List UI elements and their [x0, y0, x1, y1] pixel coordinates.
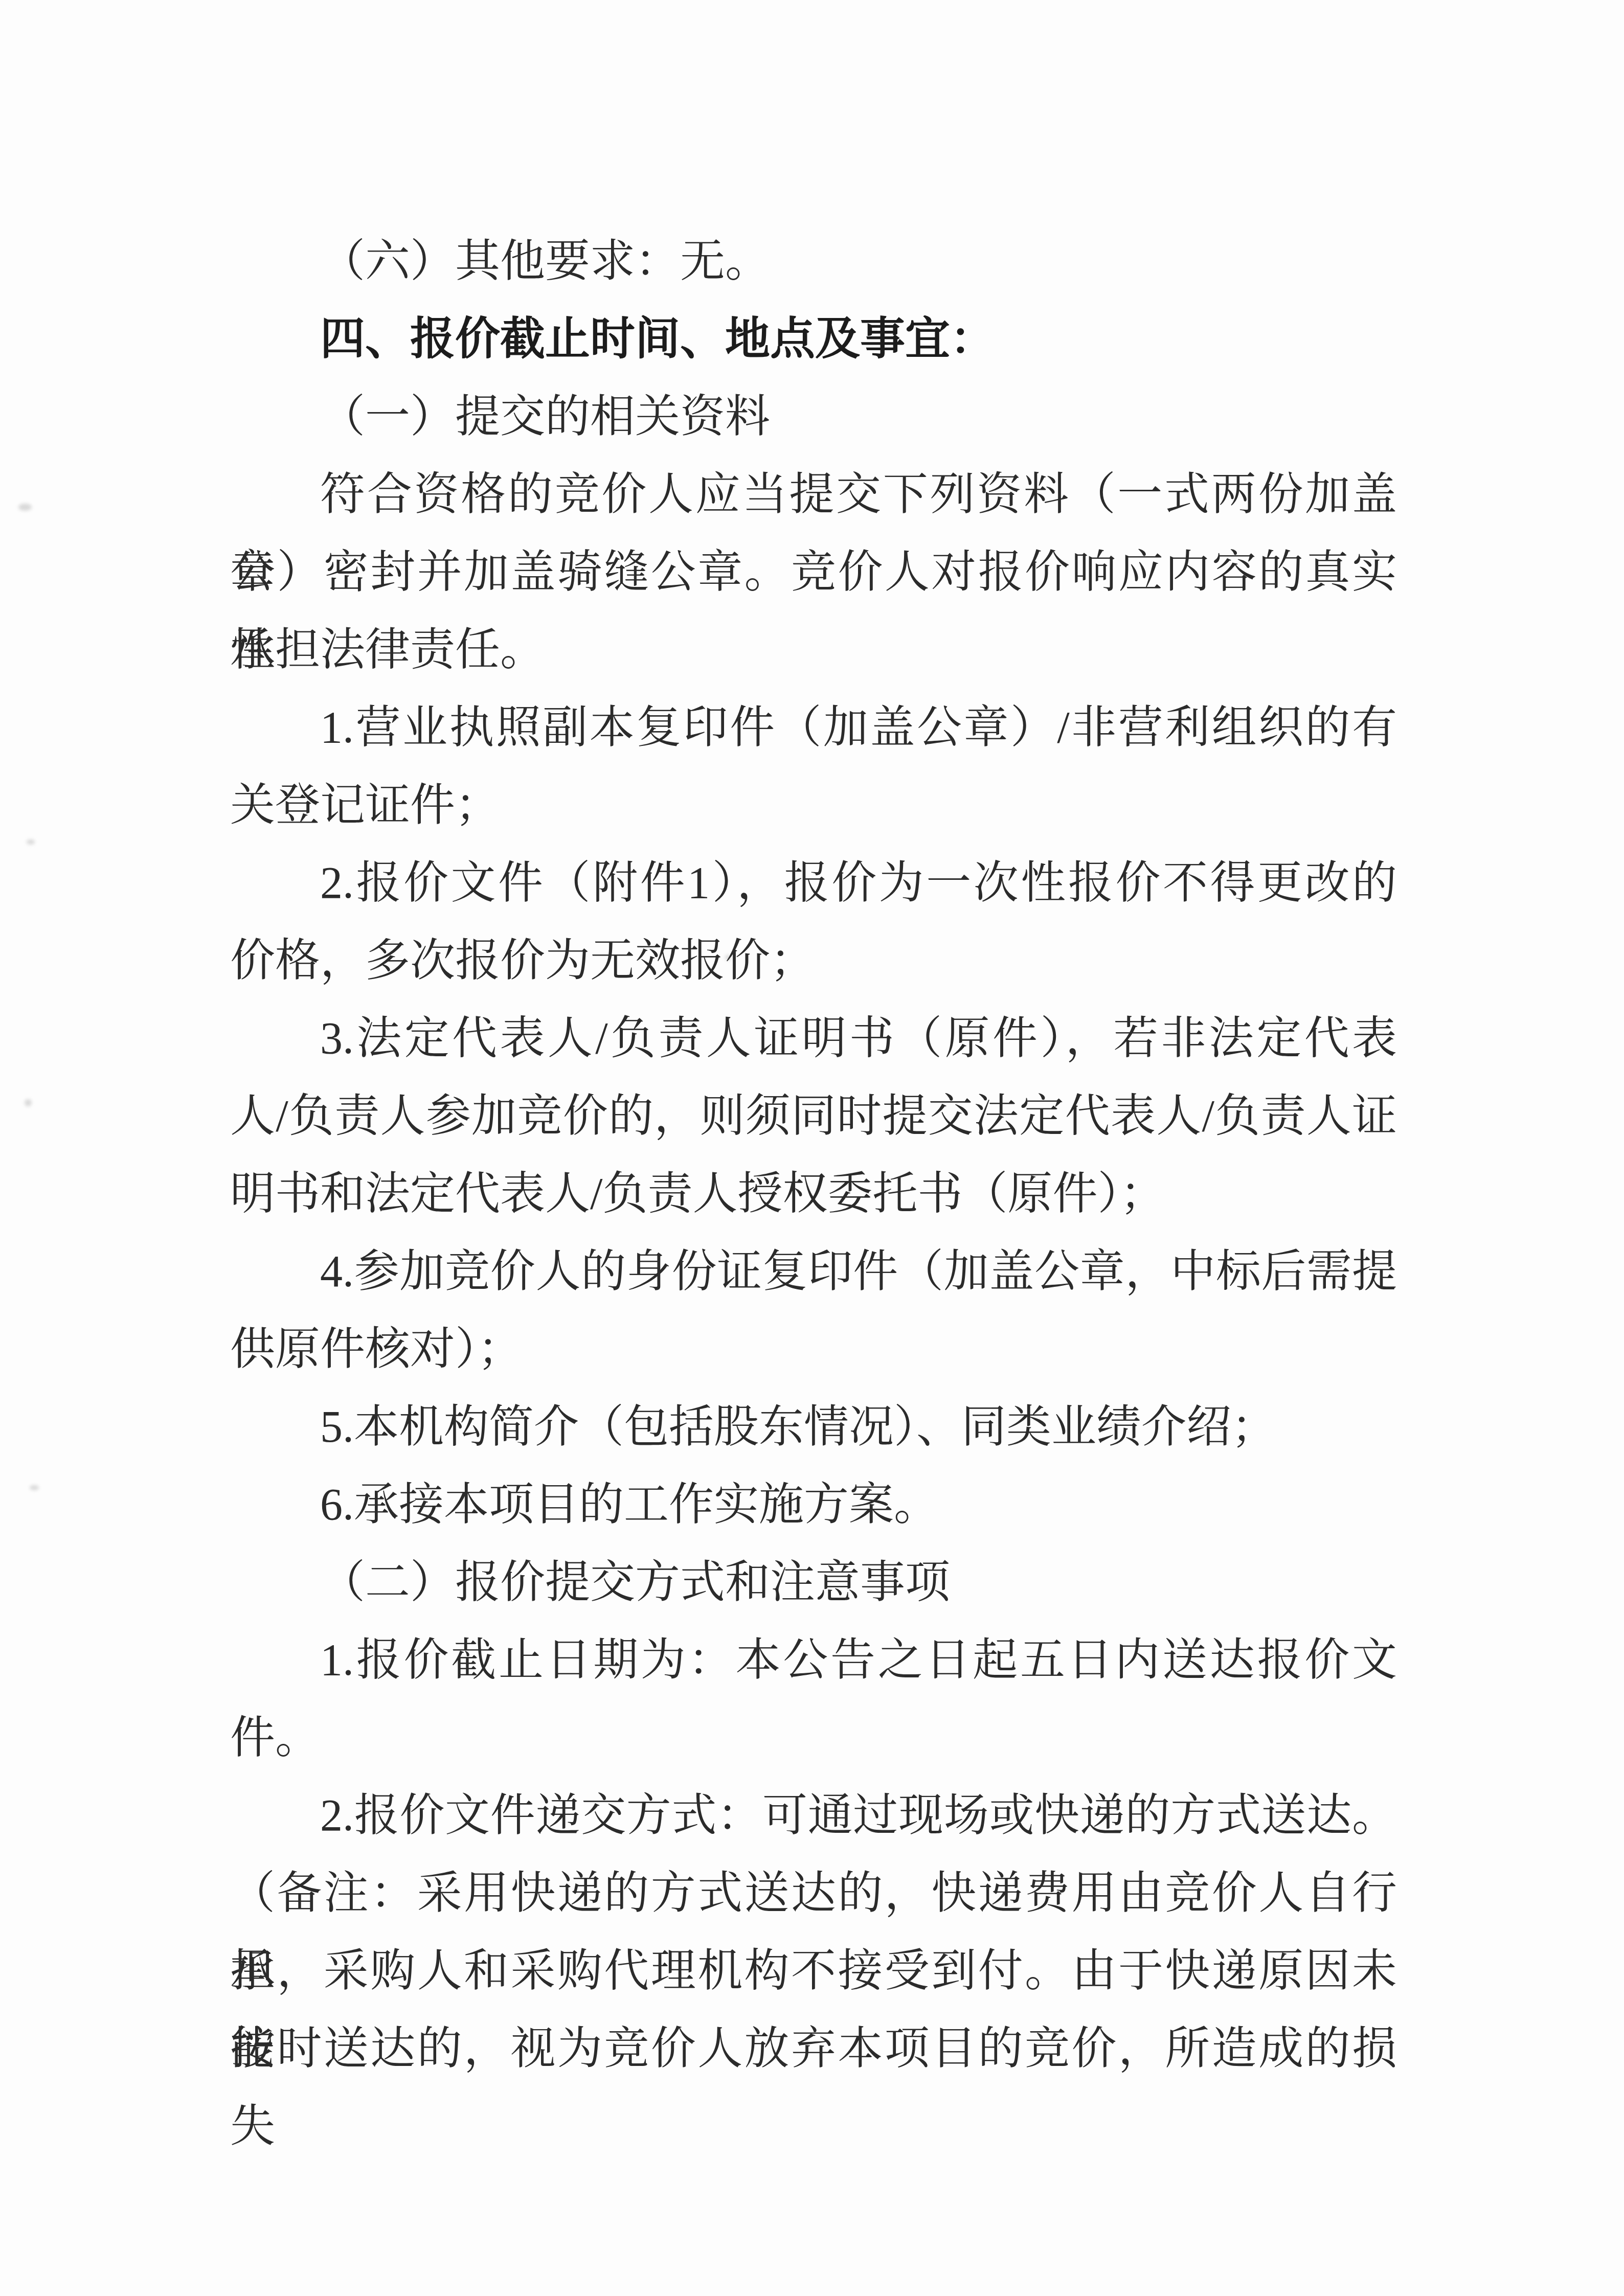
list-item-3: 3.法定代表人/负责人证明书（原件），若非法定代表 — [230, 1000, 1397, 1078]
text-line: （备注：采用快递的方式送达的，快递费用由竞价人自行承 — [230, 1855, 1397, 1933]
scan-artifact — [30, 1485, 39, 1490]
subsection-heading-1: （一）提交的相关资料 — [230, 378, 1397, 456]
scan-artifact — [18, 504, 32, 511]
note-item-2: 2.报价文件递交方式：可通过现场或快递的方式送达。 — [230, 1777, 1397, 1855]
text-line: 承担法律责任。 — [230, 611, 1397, 689]
text-line: 人/负责人参加竞价的，则须同时提交法定代表人/负责人证 — [230, 1078, 1397, 1155]
note-item-1: 1.报价截止日期为：本公告之日起五日内送达报价文 — [230, 1622, 1397, 1699]
list-item-2: 2.报价文件（附件1），报价为一次性报价不得更改的 — [230, 845, 1397, 922]
document-body: （六）其他要求：无。 四、报价截止时间、地点及事宜： （一）提交的相关资料 符合… — [230, 223, 1397, 2088]
text-line: 供原件核对）； — [230, 1311, 1397, 1389]
subsection-heading-2: （二）报价提交方式和注意事项 — [230, 1544, 1397, 1622]
section-heading-4: 四、报价截止时间、地点及事宜： — [230, 301, 1397, 378]
list-item-4: 4.参加竞价人的身份证复印件（加盖公章，中标后需提 — [230, 1233, 1397, 1311]
text-line: 价格，多次报价为无效报价； — [230, 922, 1397, 1000]
scan-artifact — [27, 839, 35, 845]
list-item-6: 6.承接本项目的工作实施方案。 — [230, 1466, 1397, 1544]
text-line: 明书和法定代表人/负责人授权委托书（原件）； — [230, 1155, 1397, 1233]
text-line: 担，采购人和采购代理机构不接受到付。由于快递原因未能 — [230, 1933, 1397, 2010]
text-line: 关登记证件； — [230, 767, 1397, 845]
scan-artifact — [25, 1099, 32, 1106]
clause-6-other-requirements: （六）其他要求：无。 — [230, 223, 1397, 301]
scanned-document-page: （六）其他要求：无。 四、报价截止时间、地点及事宜： （一）提交的相关资料 符合… — [0, 0, 1624, 2296]
text-line: 符合资格的竞价人应当提交下列资料（一式两份加盖公 — [230, 456, 1397, 534]
text-line: 按时送达的，视为竞价人放弃本项目的竞价，所造成的损失 — [230, 2010, 1397, 2088]
list-item-1: 1.营业执照副本复印件（加盖公章）/非营利组织的有 — [230, 689, 1397, 767]
text-line: 章）密封并加盖骑缝公章。竞价人对报价响应内容的真实性 — [230, 534, 1397, 611]
text-line: 件。 — [230, 1699, 1397, 1777]
list-item-5: 5.本机构简介（包括股东情况）、同类业绩介绍； — [230, 1389, 1397, 1466]
